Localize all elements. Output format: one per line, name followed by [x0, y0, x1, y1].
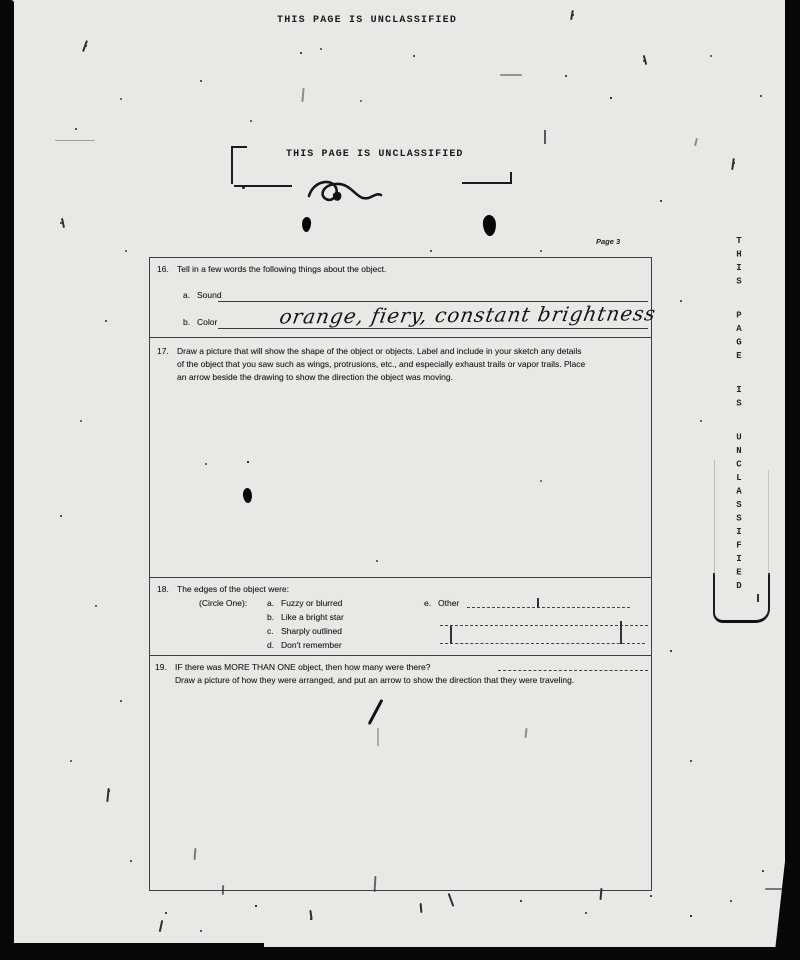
stamp-outline-fragment — [768, 470, 769, 575]
scratch-mark — [61, 218, 65, 228]
scratch-mark — [599, 888, 602, 900]
q18-option-a-letter: a. — [267, 598, 274, 608]
q17-line3: an arrow beside the drawing to show the … — [177, 372, 453, 382]
q17-line1: Draw a picture that will show the shape … — [177, 346, 581, 356]
noise-specks — [0, 0, 2, 2]
q18-text: The edges of the object were: — [177, 584, 289, 594]
q16a-label: Sound — [197, 290, 222, 300]
q16b-handwritten-answer: orange, fiery, constant brightness — [278, 301, 633, 328]
q18-option-d-letter: d. — [267, 640, 274, 650]
tick-mark — [537, 598, 539, 608]
ink-dot — [242, 186, 245, 189]
q16b-letter: b. — [183, 317, 190, 327]
scratch-mark — [643, 55, 647, 65]
scan-edge-corner — [774, 855, 800, 960]
scratch-mark — [420, 903, 422, 913]
q18-option-c-label: Sharply outlined — [281, 626, 342, 636]
q18-number: 18. — [157, 584, 169, 594]
q17-number: 17. — [157, 346, 169, 356]
scratch-mark — [570, 10, 573, 20]
scratch-mark — [448, 893, 454, 907]
q18-answer-line — [440, 625, 648, 626]
q16-number: 16. — [157, 264, 169, 274]
section-divider — [149, 655, 652, 656]
section-divider — [149, 337, 652, 338]
scratch-mark — [309, 910, 312, 920]
q18-option-b-letter: b. — [267, 612, 274, 622]
classification-side-text: THIS PAGE IS UNCLASSIFIED — [734, 236, 744, 595]
scratch-mark — [301, 88, 304, 102]
scan-edge-bottom-notch — [14, 943, 264, 951]
q18-option-a-label: Fuzzy or blurred — [281, 598, 342, 608]
scratch-mark — [55, 140, 95, 141]
q18-other-label: Other — [438, 598, 459, 608]
q17-line2: of the object that you saw such as wings… — [177, 359, 585, 369]
scratch-mark — [159, 920, 163, 932]
scratch-mark — [731, 158, 734, 170]
q16b-label: Color — [197, 317, 217, 327]
q16a-letter: a. — [183, 290, 190, 300]
stamp-outline-fragment — [544, 130, 546, 144]
q19-number: 19. — [155, 662, 167, 672]
q19-line1: IF there was MORE THAN ONE object, then … — [175, 662, 430, 672]
scratch-mark — [500, 74, 522, 76]
stamp-outline-fragment — [714, 460, 715, 575]
q16-text: Tell in a few words the following things… — [177, 264, 386, 274]
scratch-mark — [82, 40, 88, 52]
page-number: Page 3 — [596, 237, 620, 246]
scratch-mark — [106, 788, 109, 802]
stamp-outline-fragment — [231, 146, 233, 184]
classification-header-top: THIS PAGE IS UNCLASSIFIED — [277, 15, 457, 26]
scan-edge-left — [0, 0, 14, 960]
q18-option-c-letter: c. — [267, 626, 274, 636]
tick-mark — [757, 594, 759, 602]
scanned-document-page: THIS PAGE IS UNCLASSIFIED THIS PAGE IS U… — [0, 0, 800, 960]
scratch-mark — [222, 885, 224, 895]
stamp-outline-fragment — [462, 182, 512, 184]
ink-blob — [301, 217, 311, 233]
scribble-mark — [303, 172, 398, 212]
scan-edge-right — [785, 0, 800, 960]
q19-line2: Draw a picture of how they were arranged… — [175, 675, 574, 685]
tick-mark — [450, 626, 452, 644]
stamp-outline-fragment — [231, 146, 247, 148]
q18-circle-one-label: (Circle One): — [199, 598, 247, 608]
q18-option-b-label: Like a bright star — [281, 612, 344, 622]
q18-other-letter: e. — [424, 598, 431, 608]
q18-answer-line — [440, 643, 645, 644]
stray-pen-mark — [377, 728, 379, 746]
stamp-outline-bottom-curve — [713, 573, 770, 623]
scratch-mark — [694, 138, 698, 146]
ink-blob — [482, 215, 496, 237]
q18-option-d-label: Don't remember — [281, 640, 342, 650]
stamp-outline-fragment — [510, 172, 512, 184]
q18-other-answer-line — [467, 607, 630, 608]
section-divider — [149, 577, 652, 578]
tick-mark — [620, 621, 622, 644]
scratch-mark — [765, 888, 783, 890]
q19-answer-line — [498, 670, 648, 671]
classification-stamp-text: THIS PAGE IS UNCLASSIFIED — [286, 149, 464, 160]
